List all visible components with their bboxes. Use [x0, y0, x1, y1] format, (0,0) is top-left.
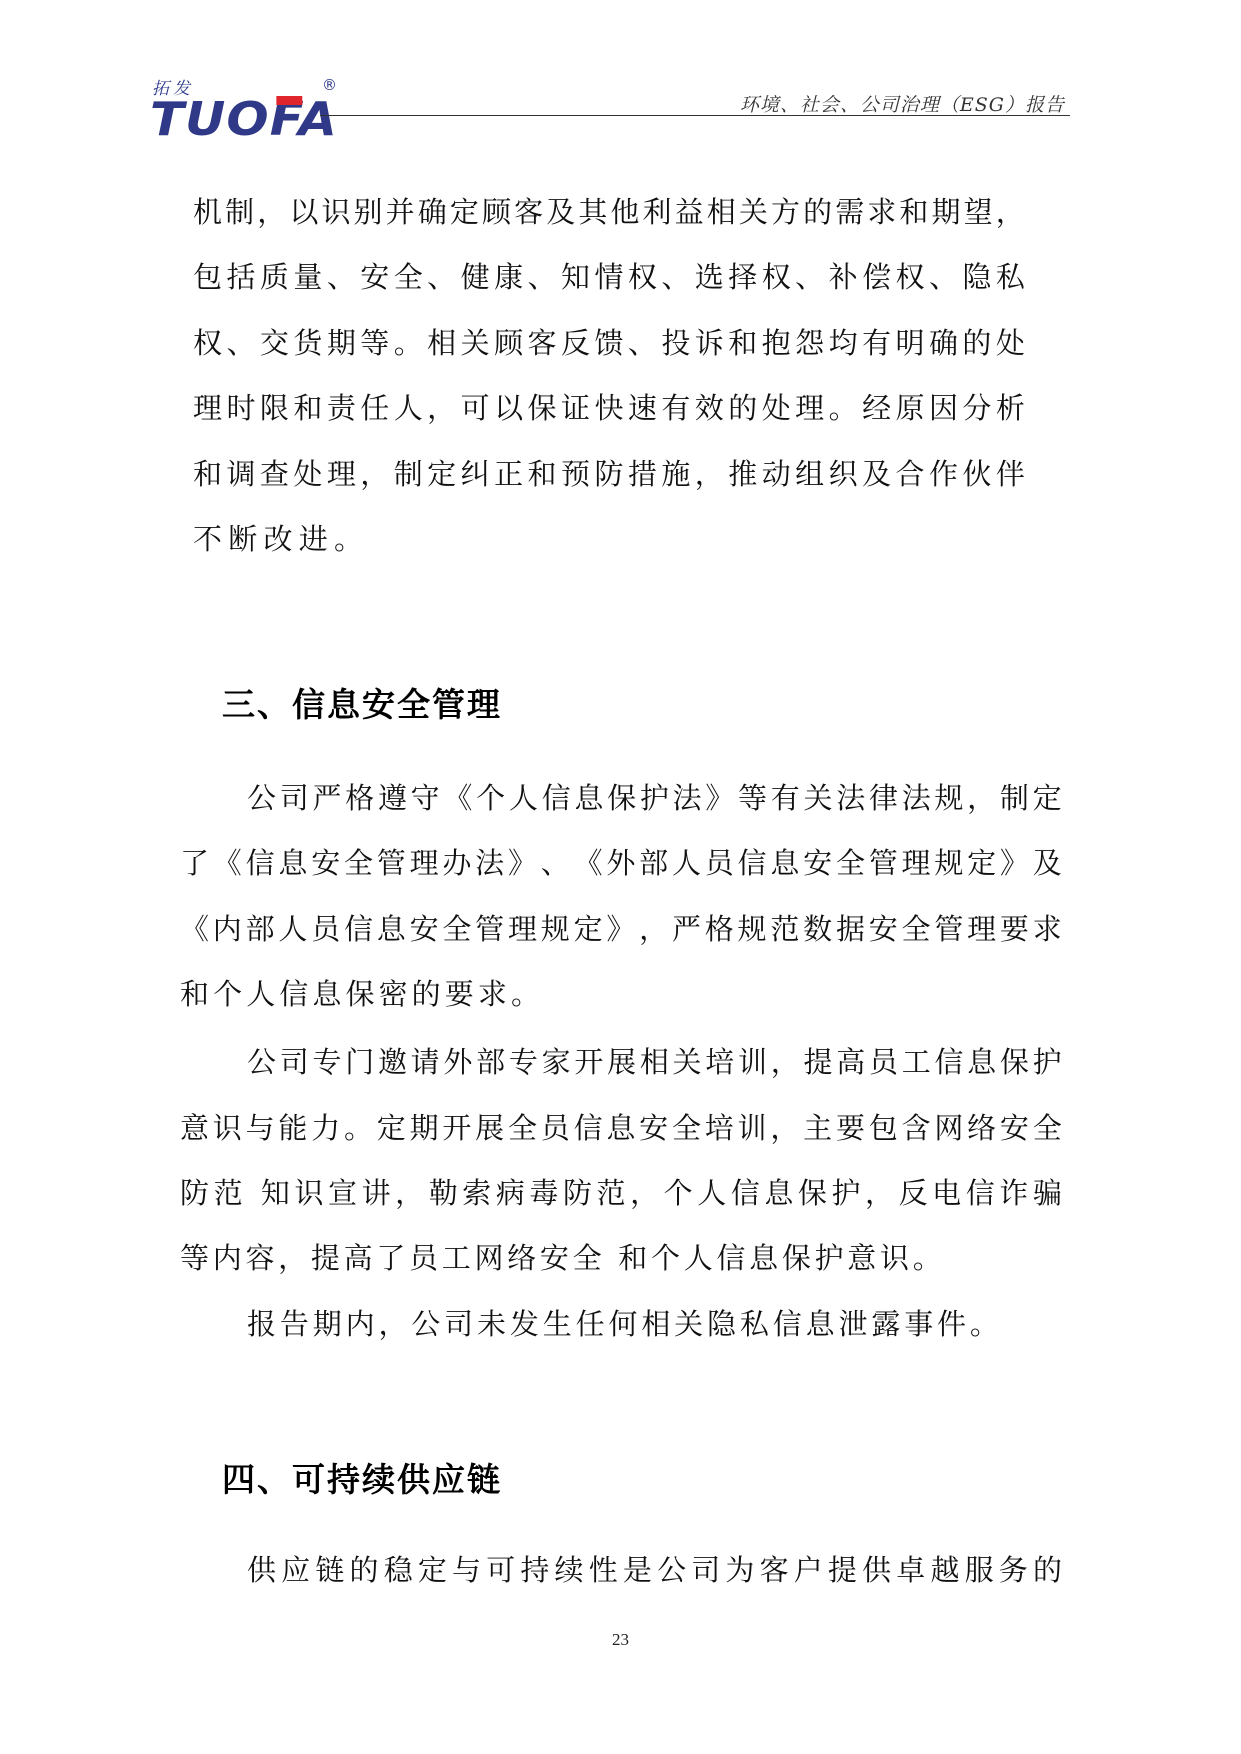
- logo-wordmark-part: A: [298, 92, 338, 146]
- paragraph-line: 报告期内，公司未发生任何相关隐私信息泄露事件。: [247, 1304, 999, 1344]
- paragraph-line: 权、交货期等。相关顾客反馈、投诉和抱怨均有明确的处: [193, 323, 1025, 363]
- paragraph-line: 《内部人员信息安全管理规定》，严格规范数据安全管理要求: [180, 909, 1062, 949]
- logo-wordmark-part: TUO: [150, 92, 270, 146]
- paragraph-line: 防范 知识宣讲，勒索病毒防范，个人信息保护，反电信诈骗: [180, 1173, 1062, 1213]
- paragraph-line: 公司严格遵守《个人信息保护法》等有关法律法规，制定: [247, 778, 1062, 818]
- logo-wordmark: TUOFA: [150, 96, 338, 142]
- paragraph-line: 机制，以识别并确定顾客及其他利益相关方的需求和期望，: [193, 192, 1025, 232]
- paragraph-line: 和调查处理，制定纠正和预防措施，推动组织及合作伙伴: [193, 454, 1025, 494]
- paragraph-line: 意识与能力。定期开展全员信息安全培训，主要包含网络安全: [180, 1108, 1062, 1148]
- section-heading: 三、信息安全管理: [222, 683, 502, 727]
- paragraph-line: 等内容，提高了员工网络安全 和个人信息保护意识。: [180, 1238, 942, 1278]
- paragraph-line: 供应链的稳定与可持续性是公司为客户提供卓越服务的: [247, 1550, 1062, 1590]
- paragraph-line: 包括质量、安全、健康、知情权、选择权、补偿权、隐私: [193, 257, 1025, 297]
- section-heading: 四、可持续供应链: [222, 1458, 502, 1502]
- report-title: 环境、社会、公司治理（ESG）报告: [740, 90, 1065, 117]
- paragraph-line: 不断改进。: [193, 519, 363, 559]
- paragraph-line: 公司专门邀请外部专家开展相关培训，提高员工信息保护: [247, 1042, 1062, 1082]
- paragraph-line: 理时限和责任人，可以保证快速有效的处理。经原因分析: [193, 388, 1025, 428]
- paragraph-line: 了《信息安全管理办法》、《外部人员信息安全管理规定》及: [180, 843, 1062, 883]
- page-number: 23: [0, 1630, 1241, 1650]
- paragraph-line: 和个人信息保密的要求。: [180, 974, 540, 1014]
- company-logo: 拓发 TUOFA: [150, 74, 330, 144]
- registered-trademark-icon: ®: [322, 76, 337, 94]
- logo-wordmark-f: F: [270, 92, 299, 146]
